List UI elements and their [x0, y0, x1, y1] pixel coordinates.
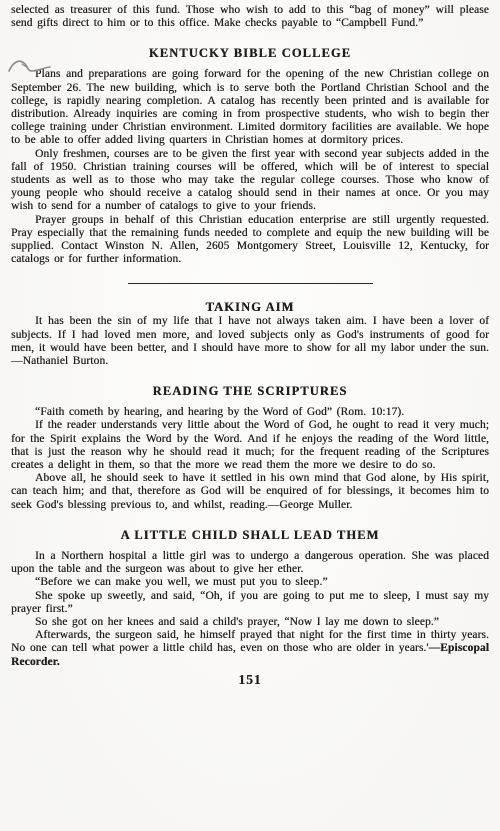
- section-heading: READING THE SCRIPTURES: [11, 385, 489, 398]
- paragraph: In a Northern hospital a little girl was…: [11, 550, 489, 576]
- paragraph: Afterwards, the surgeon said, he himself…: [11, 629, 489, 669]
- section-reading-the-scriptures: READING THE SCRIPTURES “Faith cometh by …: [11, 385, 489, 512]
- section-heading: TAKING AIM: [11, 301, 489, 314]
- section-taking-aim: TAKING AIM It has been the sin of my lif…: [11, 301, 489, 368]
- page-number: 151: [11, 672, 489, 688]
- paragraph: Plans and preparations are going forward…: [11, 68, 489, 147]
- section-a-little-child-shall-lead-them: A LITTLE CHILD SHALL LEAD THEM In a Nort…: [11, 529, 489, 669]
- paragraph-text: Afterwards, the surgeon said, he himself…: [11, 629, 489, 654]
- handwritten-mark: [6, 55, 58, 81]
- continuation-paragraph: selected as treasurer of this fund. Thos…: [11, 4, 489, 30]
- section-divider: [128, 283, 373, 284]
- paragraph: If the reader understands very little ab…: [11, 419, 489, 472]
- paragraph: She spoke up sweetly, and said, “Oh, if …: [11, 590, 489, 616]
- paragraph: Above all, he should seek to have it set…: [11, 472, 489, 512]
- paragraph: Only freshmen, courses are to be given t…: [11, 148, 489, 214]
- document-page: selected as treasurer of this fund. Thos…: [0, 0, 500, 831]
- section-heading: A LITTLE CHILD SHALL LEAD THEM: [11, 529, 489, 542]
- paragraph: So she got on her knees and said a child…: [11, 616, 489, 629]
- paragraph: “Faith cometh by hearing, and hearing by…: [11, 406, 489, 419]
- paragraph: It has been the sin of my life that I ha…: [11, 315, 489, 368]
- paragraph: “Before we can make you well, we must pu…: [11, 576, 489, 589]
- section-kentucky-bible-college: KENTUCKY BIBLE COLLEGE Plans and prepara…: [11, 47, 489, 266]
- paragraph: Prayer groups in behalf of this Christia…: [11, 214, 489, 267]
- section-heading: KENTUCKY BIBLE COLLEGE: [11, 47, 489, 60]
